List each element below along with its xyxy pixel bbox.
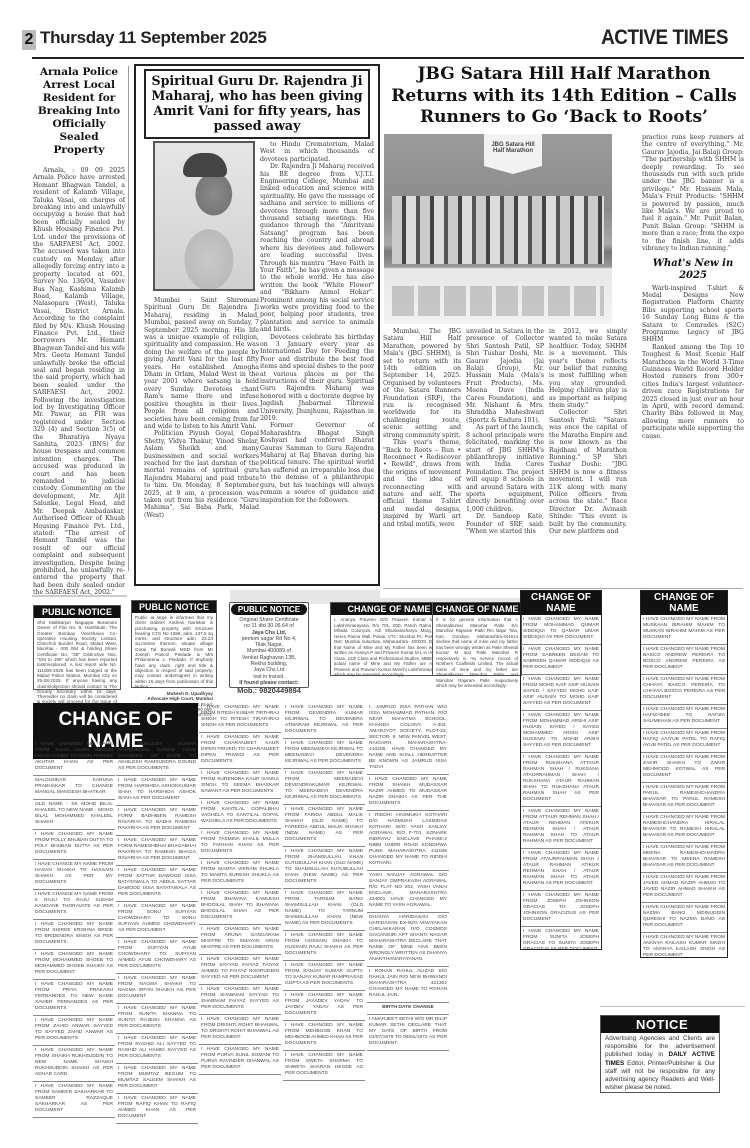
guru-body-col2: to Hindu Crematorium, Malad West in whic… xyxy=(260,141,374,504)
classified-entry: I HAVE CHANGED MY NAME FORM BADHIBEN RAM… xyxy=(116,806,198,836)
marathon-paragraph: Dr. Sandeep Kate, Founder of SRF, said: … xyxy=(466,513,544,535)
classified-entry: I ROHAN RAHUL ALIZAD S/O RAHUL JAIN R/O … xyxy=(367,967,449,1003)
classified-entry: I HAVE CHANGED MY NAME FROM MOHD KAIF AS… xyxy=(521,675,601,711)
classified-entry: I HAVE CHANGED MY NAME FROM HUSSAIN SHAI… xyxy=(283,931,365,961)
divider xyxy=(383,588,743,589)
col-title: CHANGE OF NAME xyxy=(641,591,727,615)
classified-entry: I HAVE CHANGED MY NAME FROM CHHAYA BASCO… xyxy=(641,675,727,705)
classified-entry: YASH SANJAY AGRAWAL S/O SANJAY OMPRAKASH… xyxy=(367,871,449,913)
classified-entry: I HAVE CHANGED MY NAME FROM SUNITA KHANN… xyxy=(116,1004,198,1034)
classified-entry: I RIDDHI HASMUKH KOTHARI D/O HASMUKH LAX… xyxy=(367,811,449,871)
classified-entry: I HAVE CHANGED MY NAME FROM MEENADEVI DE… xyxy=(283,769,365,805)
classified-entry: I HAVE CHANGED MY NAME FROM MEENA RAMESH… xyxy=(641,843,727,873)
classified-entry: I HAVE CHANGED MY NAME FROM TASMINA KHAL… xyxy=(199,829,281,859)
disclaimer-notice-box: NOTICE Advertising Agencies and Clients … xyxy=(600,1015,720,1093)
notice-title: PUBLIC NOTICE xyxy=(231,604,307,615)
arnala-body: Arnala, : 09 09 2025 Arnala Police have … xyxy=(33,167,125,597)
classified-entry: I HAVE CHANGED MY NAME FROM SABREEN BEGA… xyxy=(521,645,601,675)
classified-entry: I HAVE CHANGED MY NAME FROM MAMTA VIKRAM… xyxy=(199,859,281,889)
classified-entry: I HAVE CHANGED MY NAME FROM SATTAR DAWOO… xyxy=(116,866,198,902)
classified-entry: I HAVE CHANGE MY NAME FROM 5 RAJU TO RAJ… xyxy=(33,890,115,920)
classified-entry: I HAVE CHANGED MY NAME FROM MEHBOOB KHAN… xyxy=(283,1021,365,1051)
classified-entry: DHANYA HARIDASAN D/O HARIDASAN EX-W/O VI… xyxy=(367,913,449,967)
classified-entry: I HAVE CHANGED MY NAME FROM RASHID ALI S… xyxy=(116,1034,198,1064)
arnala-headline: Arnala Police Arrest Local Resident for … xyxy=(33,66,125,157)
classified-entry: I HAVE CHANGED MY NAME FROM SHAMSULLAH K… xyxy=(283,847,365,889)
notice-text: Shri Mallikarjun Nagappa Boramani Owner … xyxy=(37,620,117,710)
marathon-paragraph: This year's theme, "Back to Roots – Run … xyxy=(383,439,461,528)
classified-entry: I HAVE CHANGED MY NAME FROM SANJAY KUMAR… xyxy=(283,961,365,991)
classified-entry: I HAVE CHANGED MY NAME FROM HAFIZABEE TO… xyxy=(641,705,727,729)
classified-entry: I AMARJEET SETHI W/O MR DILIP KUMAR SETH… xyxy=(367,1015,449,1051)
guru-paragraph: to Hindu Crematorium, Malad West in whic… xyxy=(260,141,374,163)
classified-entry: I HAVE CHANGED MY NAME FROM BHAVANA KAML… xyxy=(199,889,281,925)
classified-entry: I HAVE CHANGED MY NAME FROM ZAHID ANWAR … xyxy=(33,1016,115,1046)
classified-entry: I HAVE CHANGED MY NAME FROM NAGMA SHAIKH… xyxy=(116,974,198,1004)
group-people xyxy=(392,196,604,264)
page-number: 2 xyxy=(22,30,36,50)
classified-entry: I HAVE CHANGED MY NAME FROM CHARANJEET K… xyxy=(199,733,281,769)
classified-entry: I HAVE CHANGED MY NAME FROM RUKSHANA ATT… xyxy=(521,753,601,807)
marathon-paragraph: Mumbai, The JBG Satara Hill Half Maratho… xyxy=(383,328,461,439)
classified-col-g: CHANGE OF NAME I HAVE CHANGED MY NAME FR… xyxy=(640,590,728,958)
whats-new-subhead: What's New in 2025 xyxy=(642,258,744,282)
classified-entry: I HAVE CHANGED MY NAME FROM DEVENDRA KUM… xyxy=(283,703,365,739)
ad-title: CHANGE OF NAME xyxy=(331,603,447,615)
sponsor-logos xyxy=(392,286,604,316)
classified-entry: I HAVE CHANGED MY NAME FROM RAFIQ KHAN T… xyxy=(116,1094,198,1124)
classified-entry: I HAVE CHANGED MY NAME FROM JAVED AHMAD … xyxy=(641,873,727,903)
change-name-ad-sheetalkumar: CHANGE OF NAME It is for general informa… xyxy=(432,602,522,676)
marathon-col3: in 2012, we simply wanted to make Satara… xyxy=(549,328,627,535)
advocate-role: Advocate High Court, Mumbai xyxy=(135,696,213,701)
change-name-ad-ananya: CHANGE OF NAME I, Ananya Praveen D/O Pra… xyxy=(330,602,448,676)
guru-paragraph: Dr. Rajendra Ji Maharaj received his BE … xyxy=(260,163,374,333)
classified-entry: I HAVE CHANGE MY NAME FROM HASAN SHAIKH … xyxy=(33,860,115,890)
ad-text: It is for general information that I, Sh… xyxy=(436,617,518,689)
guru-paragraph: Politician Piyush Goyal, Gopal Shetty, V… xyxy=(144,430,259,519)
notice-box-title: NOTICE xyxy=(601,1016,719,1033)
classified-entry: I HAVE CHANGED MY NAME FROM SHAIKH RUKHS… xyxy=(33,1046,115,1082)
birth-date-change-heading: BIRTH DATE CHANGE xyxy=(367,1003,449,1015)
classified-entry: MALGUNKAR KARUNA PRABHAKAR TO CHANGE MAN… xyxy=(33,776,115,800)
classified-entry: I HAVE CHANGED MY NAME FROM SAYYAD FAIYA… xyxy=(199,955,281,985)
classified-entry: I HAVE CHANGED MY NAME FROM MEENADEVI KE… xyxy=(283,739,365,769)
divider xyxy=(32,595,127,597)
marathon-col4: practice runs keep runners at the centre… xyxy=(642,134,744,440)
classified-entry: I HAVE CHANGED MY NAME FROM DRISHTI ROHI… xyxy=(199,1015,281,1045)
classified-entry: I HAVE CHANGED MY NAME FROM ZAKIR SHAIKH… xyxy=(641,753,727,783)
marathon-paragraph: Ranked among the Top 10 Toughest & Most … xyxy=(642,344,744,440)
classified-entry: I HAVE CHANGED MY NAME FROM FARIDA ABDUL… xyxy=(283,805,365,847)
public-notice-property: PUBLIC NOTICE Public at large is informe… xyxy=(131,600,217,688)
classified-entry: I HAVE CHANGED MY NAME FROM MOHAMMED SHO… xyxy=(33,950,115,980)
marathon-paragraph: practice runs keep runners at the centre… xyxy=(642,134,744,253)
classified-entry: I HAVE CHANGED MY NAME FROM SURENDRA KAU… xyxy=(199,769,281,799)
classified-entry: I HAVE CHANGED MY NAME FROM SAMEER SAKHA… xyxy=(33,1082,115,1118)
ad-title: CHANGE OF NAME xyxy=(433,603,521,615)
classified-entry: I HAVE CHANGED MY NAME FROM RAMESHCHANDR… xyxy=(641,813,727,843)
marathon-paragraph: Warli-inspired T-shirt & Medal Designs N… xyxy=(642,285,744,344)
classified-entry: I HAVE CHANGED MY NAME FROM KHAN HUMA BE… xyxy=(33,740,115,776)
classified-entry: I HAVE CHANGED MY NAME FROM JOSEPH JOHNS… xyxy=(521,891,601,927)
marathon-paragraph: unveiled in Satara in the presence of Co… xyxy=(466,328,544,424)
classified-entry: I HAVE CHANGED MY NAME FROM KANTILAL GOP… xyxy=(199,799,281,829)
classified-entry: I HAVE CHANGED MY NAME FROM SHAIKH MUDAS… xyxy=(367,775,449,811)
classified-entry: I HAVE CHANGED MY NAME FROM RAFIQ AAIYUB… xyxy=(641,729,727,753)
classified-entry: I HAVE CHANGED MY NAME FROM ATTAUR REHMA… xyxy=(521,807,601,849)
guru-portrait-photo xyxy=(153,141,255,291)
classified-entry: I, JAMRUD ISSA PATHAN W/O ISSA MOHAMMAD … xyxy=(367,703,449,775)
classified-entry: I HAVE CHANGED MY NAME FROM JAYADEV YADA… xyxy=(283,991,365,1021)
event-logo-text: JBG Satara Hill Half Marathon xyxy=(488,142,538,154)
classified-entry: I HAVE CHANGED MY NAME FROM PRIYA PRAKAS… xyxy=(33,980,115,1016)
classified-col-b: I, AKHILESH KUMAR RAMSUNDRA GOUND HAVE C… xyxy=(116,740,198,1124)
notice-text: Public at large is informed that my clie… xyxy=(135,615,213,689)
classified-col-c: I HAVE CHANGED MY NAME FROM RITESH KUMAR… xyxy=(199,703,281,1075)
public-notice-share-cert: PUBLIC NOTICE Shri Mallikarjun Nagappa B… xyxy=(33,605,121,690)
classified-col-d: I HAVE CHANGED MY NAME FROM DEVENDRA KUM… xyxy=(283,703,365,1081)
header-rule xyxy=(32,57,744,59)
classified-entry: I HAVE CHANGED MY NAME FROM PARUL RAMESH… xyxy=(641,783,727,813)
classified-entry: I HAVE CHANGED MY NAME FROM MUSKAAN IBRA… xyxy=(641,615,727,645)
column-divider xyxy=(128,66,129,571)
issue-date: Thursday 11 September 2025 xyxy=(40,28,267,48)
classified-entry: I HAVE CHANGED MY NAME FROM HARSHIDA ASH… xyxy=(116,776,198,806)
classified-entry: I HAVE CHANGED MY NAME FROM MOHAMMAD QUM… xyxy=(521,615,601,645)
notice-title: PUBLIC NOTICE xyxy=(34,606,120,618)
ad-text: I, Ananya Praveen D/O Praveen Kumar Manc… xyxy=(334,617,444,678)
classified-entry: I HAVE CHANGED MY NAME FROM MUMTAZ BEGUM… xyxy=(116,1064,198,1094)
classified-entry: I HAVE CHANGED MY NAME FROM SUNITA JOSEP… xyxy=(521,927,601,950)
classified-entry: I HAVE CHANGED MY NAME FORM RAMESHBHAI B… xyxy=(116,836,198,866)
public-notice-lost-cert: PUBLIC NOTICE Original Share Certificate… xyxy=(229,602,309,688)
guru-body-col1: Mumbai : Saint Shiromani Spiritual Guru … xyxy=(144,297,259,519)
guru-paragraph: Former Governor of Maharashtra Bhagat Si… xyxy=(260,422,374,503)
guru-headline: Spiritual Guru Dr. Rajendra Ji Maharaj, … xyxy=(144,69,370,139)
contact-mobile: Mob.: 9820449894 xyxy=(233,686,305,695)
divider xyxy=(600,1006,745,1007)
classified-entry: I HAVE CHANGED MY NAME FROM SUFIYAN AYUB… xyxy=(116,938,198,974)
classified-entry: I HAVE CHANGED MY NAME FROM BASCO ANDREW… xyxy=(641,645,727,675)
classified-entry: I HAVE CHANGED MY NAME FROM ATAURRAHMAN … xyxy=(521,849,601,891)
classified-col-f: CHANGE OF NAME I HAVE CHANGED MY NAME FR… xyxy=(520,590,602,950)
marathon-paragraph: in 2012, we simply wanted to make Satara… xyxy=(549,328,627,409)
classified-entry: I HAVE CHANGED MY NAME FROM TARNUM BANO … xyxy=(283,889,365,931)
classified-entry: I HAVE CHANGED MY NAME FROM POLLY BHUBAN… xyxy=(33,830,115,860)
classified-entry: I HAVE CHANGED MY NAME FROM RITESH KUMAR… xyxy=(199,703,281,733)
marathon-headline: JBG Satara Hill Half Marathon Returns wi… xyxy=(384,64,744,129)
marathon-col2: unveiled in Satara in the presence of Co… xyxy=(466,328,544,535)
marathon-col1: Mumbai, The JBG Satara Hill Half Maratho… xyxy=(383,328,461,528)
guru-paragraph: Devotees celebrate his birthday on 3 Jan… xyxy=(260,334,374,423)
classified-entry: I HAVE CHANGED MY NAME FROM SONU SUFIYAN… xyxy=(116,902,198,938)
classified-entry: I HAVE CHANGED MY NAME FROM SWETA SHARMA… xyxy=(283,1051,365,1081)
classified-entry: OLD NAME - SK MOHD BILAL KHALEEL TO NEW … xyxy=(33,800,115,830)
marathon-paragraph: Collector Shri Santosh Patil: "Satara wa… xyxy=(549,409,627,535)
marathon-paragraph: As part of the launch, 8 school principa… xyxy=(466,424,544,513)
classified-col-e: I, JAMRUD ISSA PATHAN W/O ISSA MOHAMMAD … xyxy=(367,703,449,1051)
classified-entry: I HAVE CHANGED MY NAME FROM NAZMA BANO M… xyxy=(641,903,727,933)
classified-entry: I HAVE CHANGED MY NAME FROM MOHAMMAD ARS… xyxy=(521,711,601,753)
classified-col-a: I HAVE CHANGED MY NAME FROM KHAN HUMA BE… xyxy=(33,740,115,1118)
arnala-paragraph: Arnala, : 09 09 2025 Arnala Police have … xyxy=(33,167,125,597)
guru-paragraph: Mumbai : Saint Shiromani Spiritual Guru … xyxy=(144,297,259,430)
notice-title: PUBLIC NOTICE xyxy=(132,601,216,613)
page-header: 2 Thursday 11 September 2025 ACTIVE TIME… xyxy=(0,0,750,40)
article-arnala: Arnala Police Arrest Local Resident for … xyxy=(33,66,125,597)
classified-entry: I HAVE CHANGED MY NAME FROM SHABNAM SAYY… xyxy=(199,985,281,1015)
classified-entry: I HAVE CHANGED MY NAME FROM ANANYA KAILA… xyxy=(641,933,727,958)
classified-entry: I HAVE CHANGED MY NAME FROM SHIREE KRISH… xyxy=(33,920,115,950)
event-logo-banner xyxy=(484,134,542,174)
classified-entry: I HAVE CHANGED MY NAME FROM ARUNA GANGAR… xyxy=(199,925,281,955)
masthead-brand: ACTIVE TIMES xyxy=(601,26,728,50)
classified-entry: I, AKHILESH KUMAR RAMSUNDRA GOUND HAVE C… xyxy=(116,740,198,776)
marathon-group-photo: JBG Satara Hill Half Marathon xyxy=(384,134,612,324)
cap-shape xyxy=(183,153,227,177)
col-title: CHANGE OF NAME xyxy=(521,591,601,615)
classified-entry: I HAVE CHANGED MY NAME FROM PURVA SUNIL … xyxy=(199,1045,281,1075)
